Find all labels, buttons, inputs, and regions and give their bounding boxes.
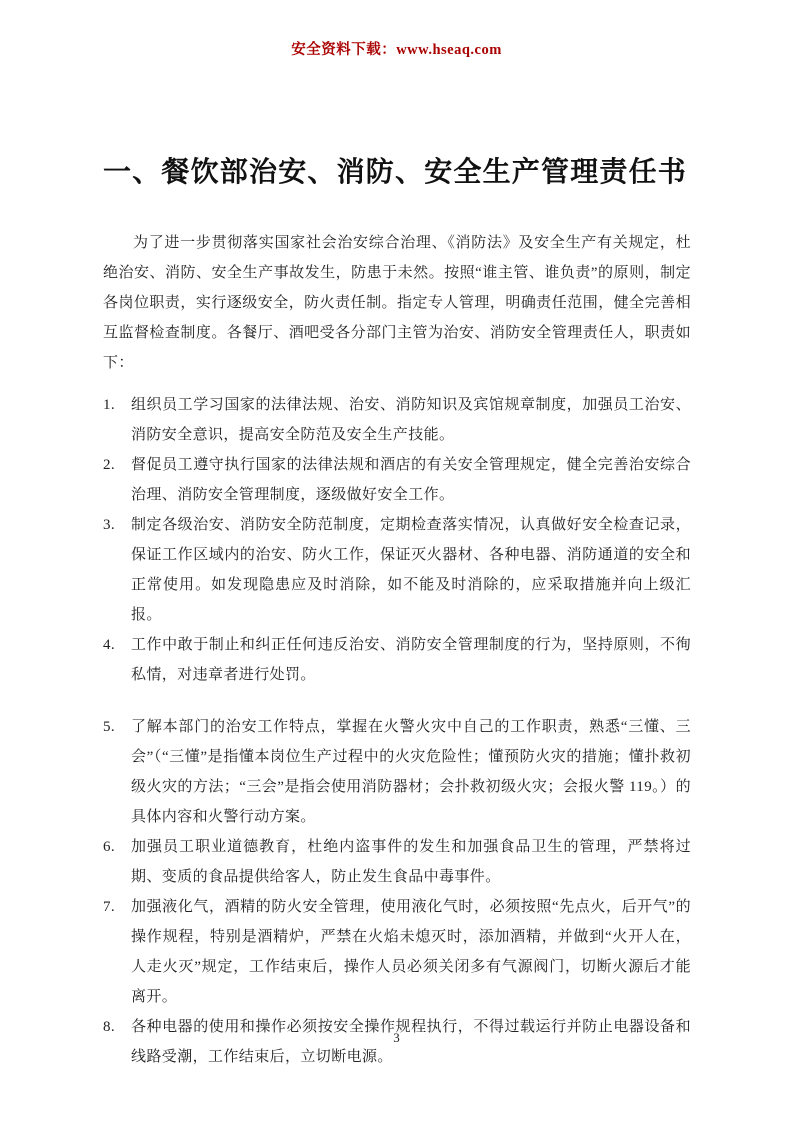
list-item-number: 7. xyxy=(103,892,127,922)
list-item: 2. 督促员工遵守执行国家的法律法规和酒店的有关安全管理规定，健全完善治安综合治… xyxy=(103,450,691,510)
list-item-number: 3. xyxy=(103,510,127,540)
list-item-number: 6. xyxy=(103,832,127,862)
document-page: 安全资料下载：www.hseaq.com 一、餐饮部治安、消防、安全生产管理责任… xyxy=(0,0,793,1122)
document-title: 一、餐饮部治安、消防、安全生产管理责任书 xyxy=(103,150,693,190)
list-item-text: 制定各级治安、消防安全防范制度，定期检查落实情况，认真做好安全检查记录，保证工作… xyxy=(131,517,691,623)
list-item-text: 了解本部门的治安工作特点，掌握在火警火灾中自己的工作职责，熟悉“三懂、三会”（“… xyxy=(131,719,691,825)
list-item-text: 督促员工遵守执行国家的法律法规和酒店的有关安全管理规定，健全完善治安综合治理、消… xyxy=(131,457,691,503)
list-item: 1. 组织员工学习国家的法律法规、治安、消防知识及宾馆规章制度，加强员工治安、消… xyxy=(103,390,691,450)
page-header-text: 安全资料下载：www.hseaq.com xyxy=(0,38,793,59)
list-item-number: 1. xyxy=(103,390,127,420)
intro-paragraph: 为了进一步贯彻落实国家社会治安综合治理、《消防法》及安全生产有关规定，杜绝治安、… xyxy=(103,228,691,378)
page-number: 3 xyxy=(0,1030,793,1046)
list-item-number: 2. xyxy=(103,450,127,480)
list-item: 5. 了解本部门的治安工作特点，掌握在火警火灾中自己的工作职责，熟悉“三懂、三会… xyxy=(103,712,691,832)
list-item-text: 工作中敢于制止和纠正任何违反治安、消防安全管理制度的行为，坚持原则，不徇私情，对… xyxy=(131,637,691,683)
list-item: 6. 加强员工职业道德教育，杜绝内盗事件的发生和加强食品卫生的管理，严禁将过期、… xyxy=(103,832,691,892)
list-item-text: 加强液化气，酒精的防火安全管理，使用液化气时，必须按照“先点火，后开气”的操作规… xyxy=(131,899,691,1005)
list-item: 3. 制定各级治安、消防安全防范制度，定期检查落实情况，认真做好安全检查记录，保… xyxy=(103,510,691,630)
list-item-number: 5. xyxy=(103,712,127,742)
list-item: 7. 加强液化气，酒精的防火安全管理，使用液化气时，必须按照“先点火，后开气”的… xyxy=(103,892,691,1012)
list-item: 4. 工作中敢于制止和纠正任何违反治安、消防安全管理制度的行为，坚持原则，不徇私… xyxy=(103,630,691,690)
duty-list: 1. 组织员工学习国家的法律法规、治安、消防知识及宾馆规章制度，加强员工治安、消… xyxy=(103,390,691,1072)
document-body: 为了进一步贯彻落实国家社会治安综合治理、《消防法》及安全生产有关规定，杜绝治安、… xyxy=(103,228,691,1072)
list-item-text: 加强员工职业道德教育，杜绝内盗事件的发生和加强食品卫生的管理，严禁将过期、变质的… xyxy=(131,839,691,885)
list-item-text: 组织员工学习国家的法律法规、治安、消防知识及宾馆规章制度，加强员工治安、消防安全… xyxy=(131,397,691,443)
list-item-number: 4. xyxy=(103,630,127,660)
